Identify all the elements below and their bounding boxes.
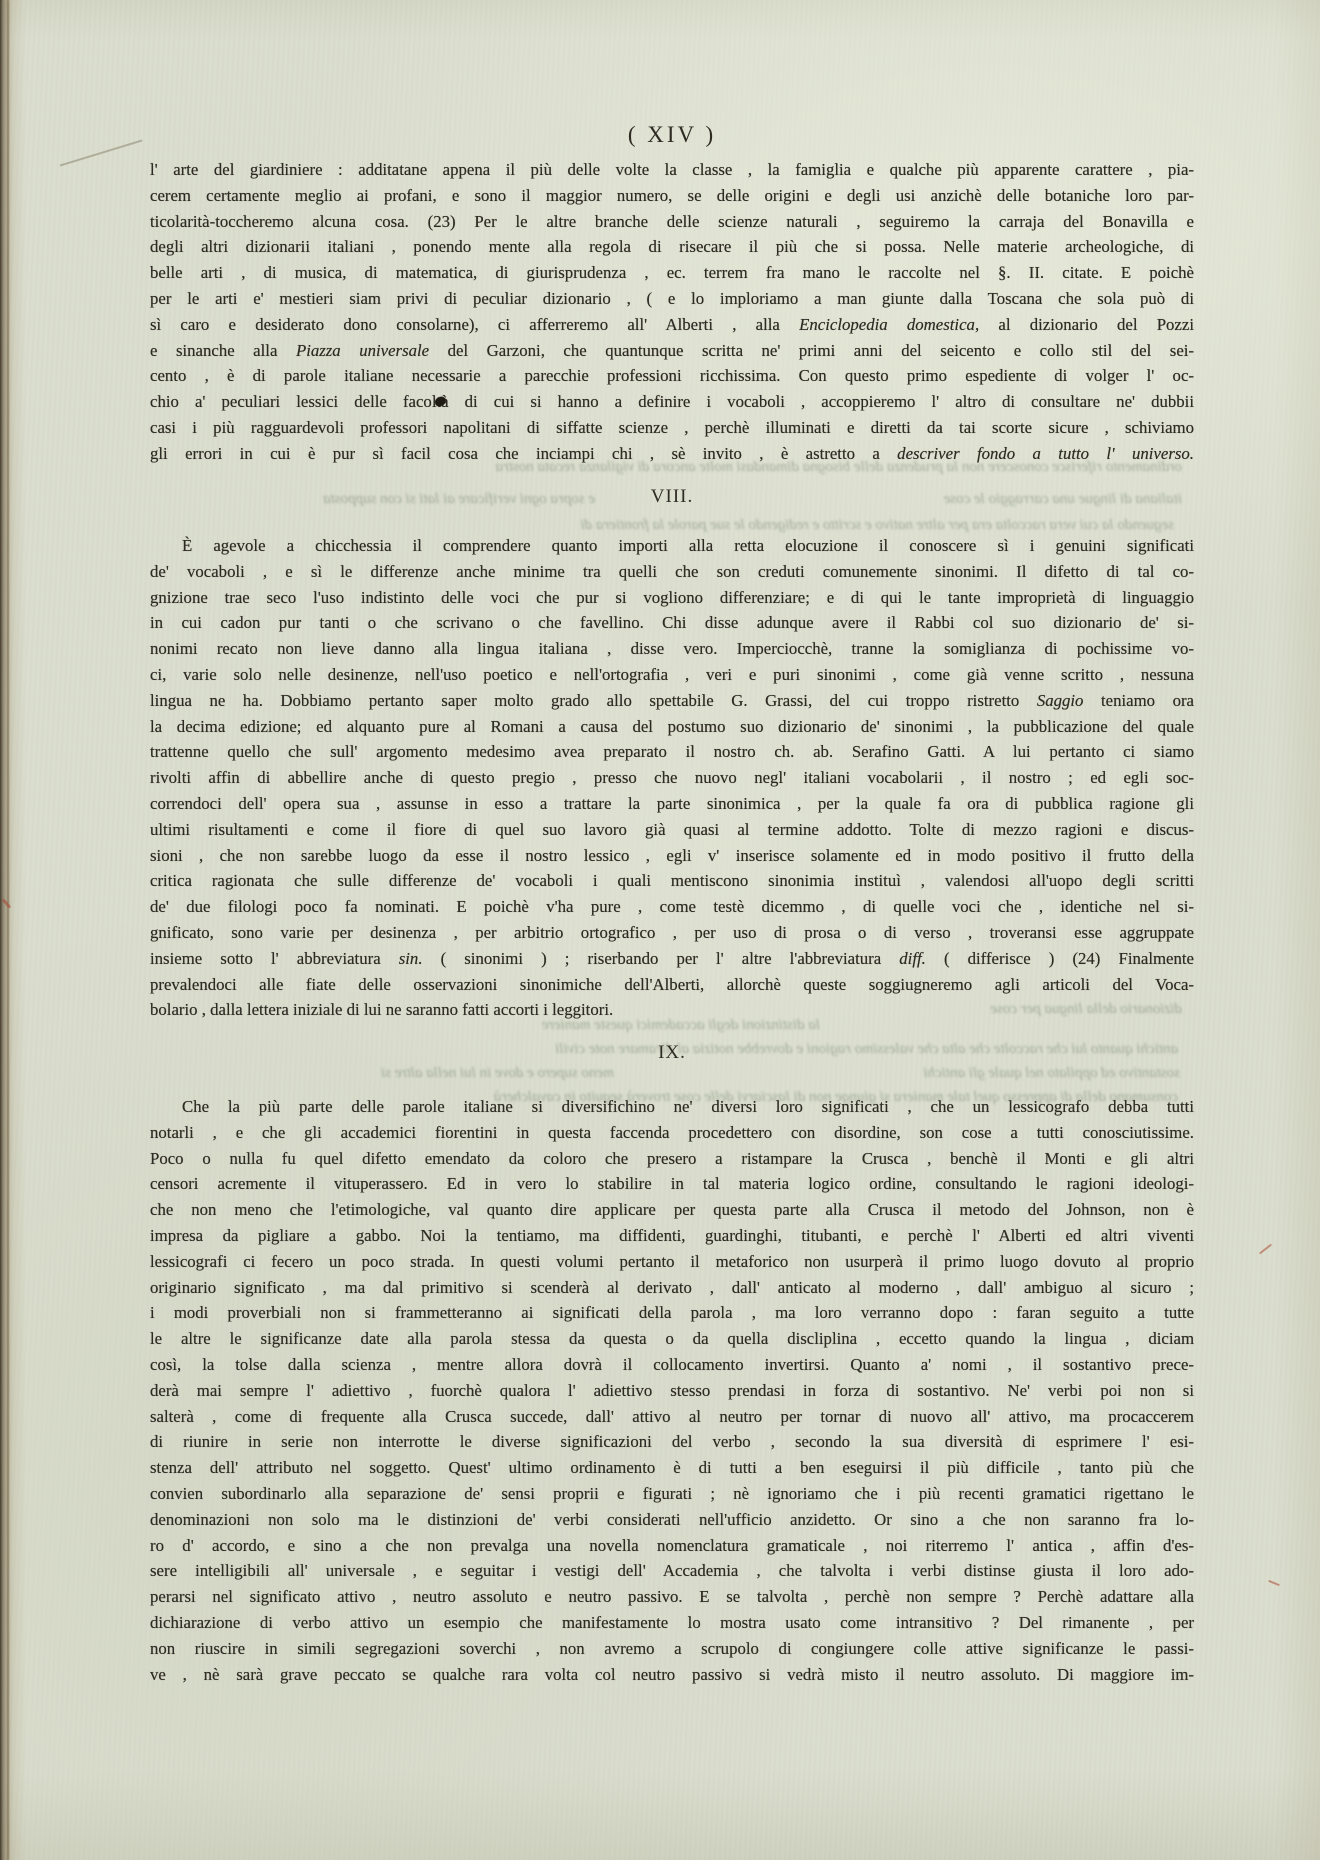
text-line: l' arte del giardiniere : additatane app…: [150, 157, 1194, 183]
text-line: denominazioni non solo ma le distinzioni…: [150, 1507, 1194, 1533]
text-line: stenza dell' attributo nel soggetto. Que…: [150, 1455, 1194, 1481]
text-line: convien subordinarlo alla separazione de…: [150, 1481, 1194, 1507]
text-line: ro d' accordo, e sino a che non prevalga…: [150, 1533, 1194, 1559]
text-line: cento , è di parole italiane necessarie …: [150, 363, 1194, 389]
book-page: ordinamento riferisce conoscere non la p…: [0, 0, 1320, 1860]
text-line: trattenne quello che sull' argomento med…: [150, 739, 1194, 765]
text-line: gli errori in cui è pur sì facil cosa ch…: [150, 441, 1194, 467]
text-line: non riuscire in simili segregazioni sove…: [150, 1636, 1194, 1662]
section-heading-viii: VIII.: [150, 486, 1194, 508]
bleedthrough-text: sostantivo ed oppilato nel quale gli ant…: [724, 1062, 1180, 1084]
text-line: lingua ne ha. Dobbiamo pertanto saper mo…: [150, 688, 1194, 714]
text-line: de' vocaboli , e sì le differenze anche …: [150, 559, 1194, 585]
text-line: notarli , e che gli accademici fiorentin…: [150, 1120, 1194, 1146]
text-line: lessicografi ci fecero un poco strada. I…: [150, 1249, 1194, 1275]
text-line: dichiarazione di verbo attivo un esempio…: [150, 1610, 1194, 1636]
text-line: impresa da pigliare a gabbo. Noi la tent…: [150, 1223, 1194, 1249]
text-line: ultimi risultamenti e come il fiore di q…: [150, 817, 1194, 843]
text-line: ticolarità-toccheremo alcuna cosa. (23) …: [150, 209, 1194, 235]
text-line: rivolti affin di abbellire anche di ques…: [150, 765, 1194, 791]
text-line: la decima edizione; ed alquanto pure al …: [150, 714, 1194, 740]
text-line: insieme sotto l' abbreviatura sin. ( sin…: [150, 946, 1194, 972]
section-heading-ix: IX.: [150, 1042, 1194, 1064]
text-line: bolario , dalla lettera iniziale di lui …: [150, 997, 1194, 1023]
paragraph-1: l' arte del giardiniere : additatane app…: [150, 157, 1194, 467]
text-line: Poco o nulla fu quel difetto emendato da…: [150, 1146, 1194, 1172]
text-line: originario significato , ma dal primitiv…: [150, 1275, 1194, 1301]
text-line: correndoci dell' opera sua , assunse in …: [150, 791, 1194, 817]
text-line: Che la più parte delle parole italiane s…: [150, 1094, 1194, 1120]
text-line: così, la tolse dalla scienza , mentre al…: [150, 1352, 1194, 1378]
text-line: prevalendoci alle fiate delle osservazio…: [150, 972, 1194, 998]
text-line: È agevole a chicchessia il comprendere q…: [150, 533, 1194, 559]
text-line: de' due filologi poco fa nominati. E poi…: [150, 894, 1194, 920]
text-line: salterà , come di frequente alla Crusca …: [150, 1404, 1194, 1430]
text-line: perarsi nel significato attivo , neutro …: [150, 1584, 1194, 1610]
text-line: derà mai sempre l' adiettivo , fuorchè q…: [150, 1378, 1194, 1404]
paragraph-3: Che la più parte delle parole italiane s…: [150, 1094, 1194, 1687]
text-line: cerem certamente meglio ai profani, e so…: [150, 183, 1194, 209]
text-line: nonimi recato non lieve danno alla lingu…: [150, 636, 1194, 662]
paragraph-2: È agevole a chicchessia il comprendere q…: [150, 533, 1194, 1023]
text-line: e sinanche alla Piazza universale del Ga…: [150, 338, 1194, 364]
text-line: le altre le significanze date alla parol…: [150, 1326, 1194, 1352]
text-line: belle arti , di musica, di matematica, d…: [150, 260, 1194, 286]
text-line: degli altri dizionarii italiani , ponend…: [150, 234, 1194, 260]
text-line: i modi proverbiali non si frammetteranno…: [150, 1300, 1194, 1326]
text-line: casi i più ragguardevoli professori napo…: [150, 415, 1194, 441]
text-line: ci, varie solo nelle desinenze, nell'uso…: [150, 662, 1194, 688]
text-line: gnificato, sono varie per desinenza , pe…: [150, 920, 1194, 946]
text-line: censori acremente il vituperassero. Ed i…: [150, 1171, 1194, 1197]
page-number-header: ( XIV ): [150, 122, 1194, 148]
text-line: ve , nè sarà grave peccato se qualche ra…: [150, 1662, 1194, 1688]
bleedthrough-text: meno supero e dove in lui nella altre si: [162, 1062, 614, 1084]
text-line: in cui cadon pur tanti o che scrivano o …: [150, 610, 1194, 636]
text-line: sì caro e desiderato dono consolarne), c…: [150, 312, 1194, 338]
text-line: di riunire in serie non interrotte le di…: [150, 1429, 1194, 1455]
text-line: sioni , che non sarebbe luogo da esse il…: [150, 843, 1194, 869]
text-line: che non meno che l'etimologiche, val qua…: [150, 1197, 1194, 1223]
text-line: chio a' peculiari lessici delle facoltà …: [150, 389, 1194, 415]
text-line: sere intelligibili all' universale , e s…: [150, 1558, 1194, 1584]
text-line: critica ragionata che sulle differenze d…: [150, 868, 1194, 894]
text-line: gnizione trae seco l'uso indistinto dell…: [150, 585, 1194, 611]
text-line: per le arti e' mestieri siam privi di pe…: [150, 286, 1194, 312]
